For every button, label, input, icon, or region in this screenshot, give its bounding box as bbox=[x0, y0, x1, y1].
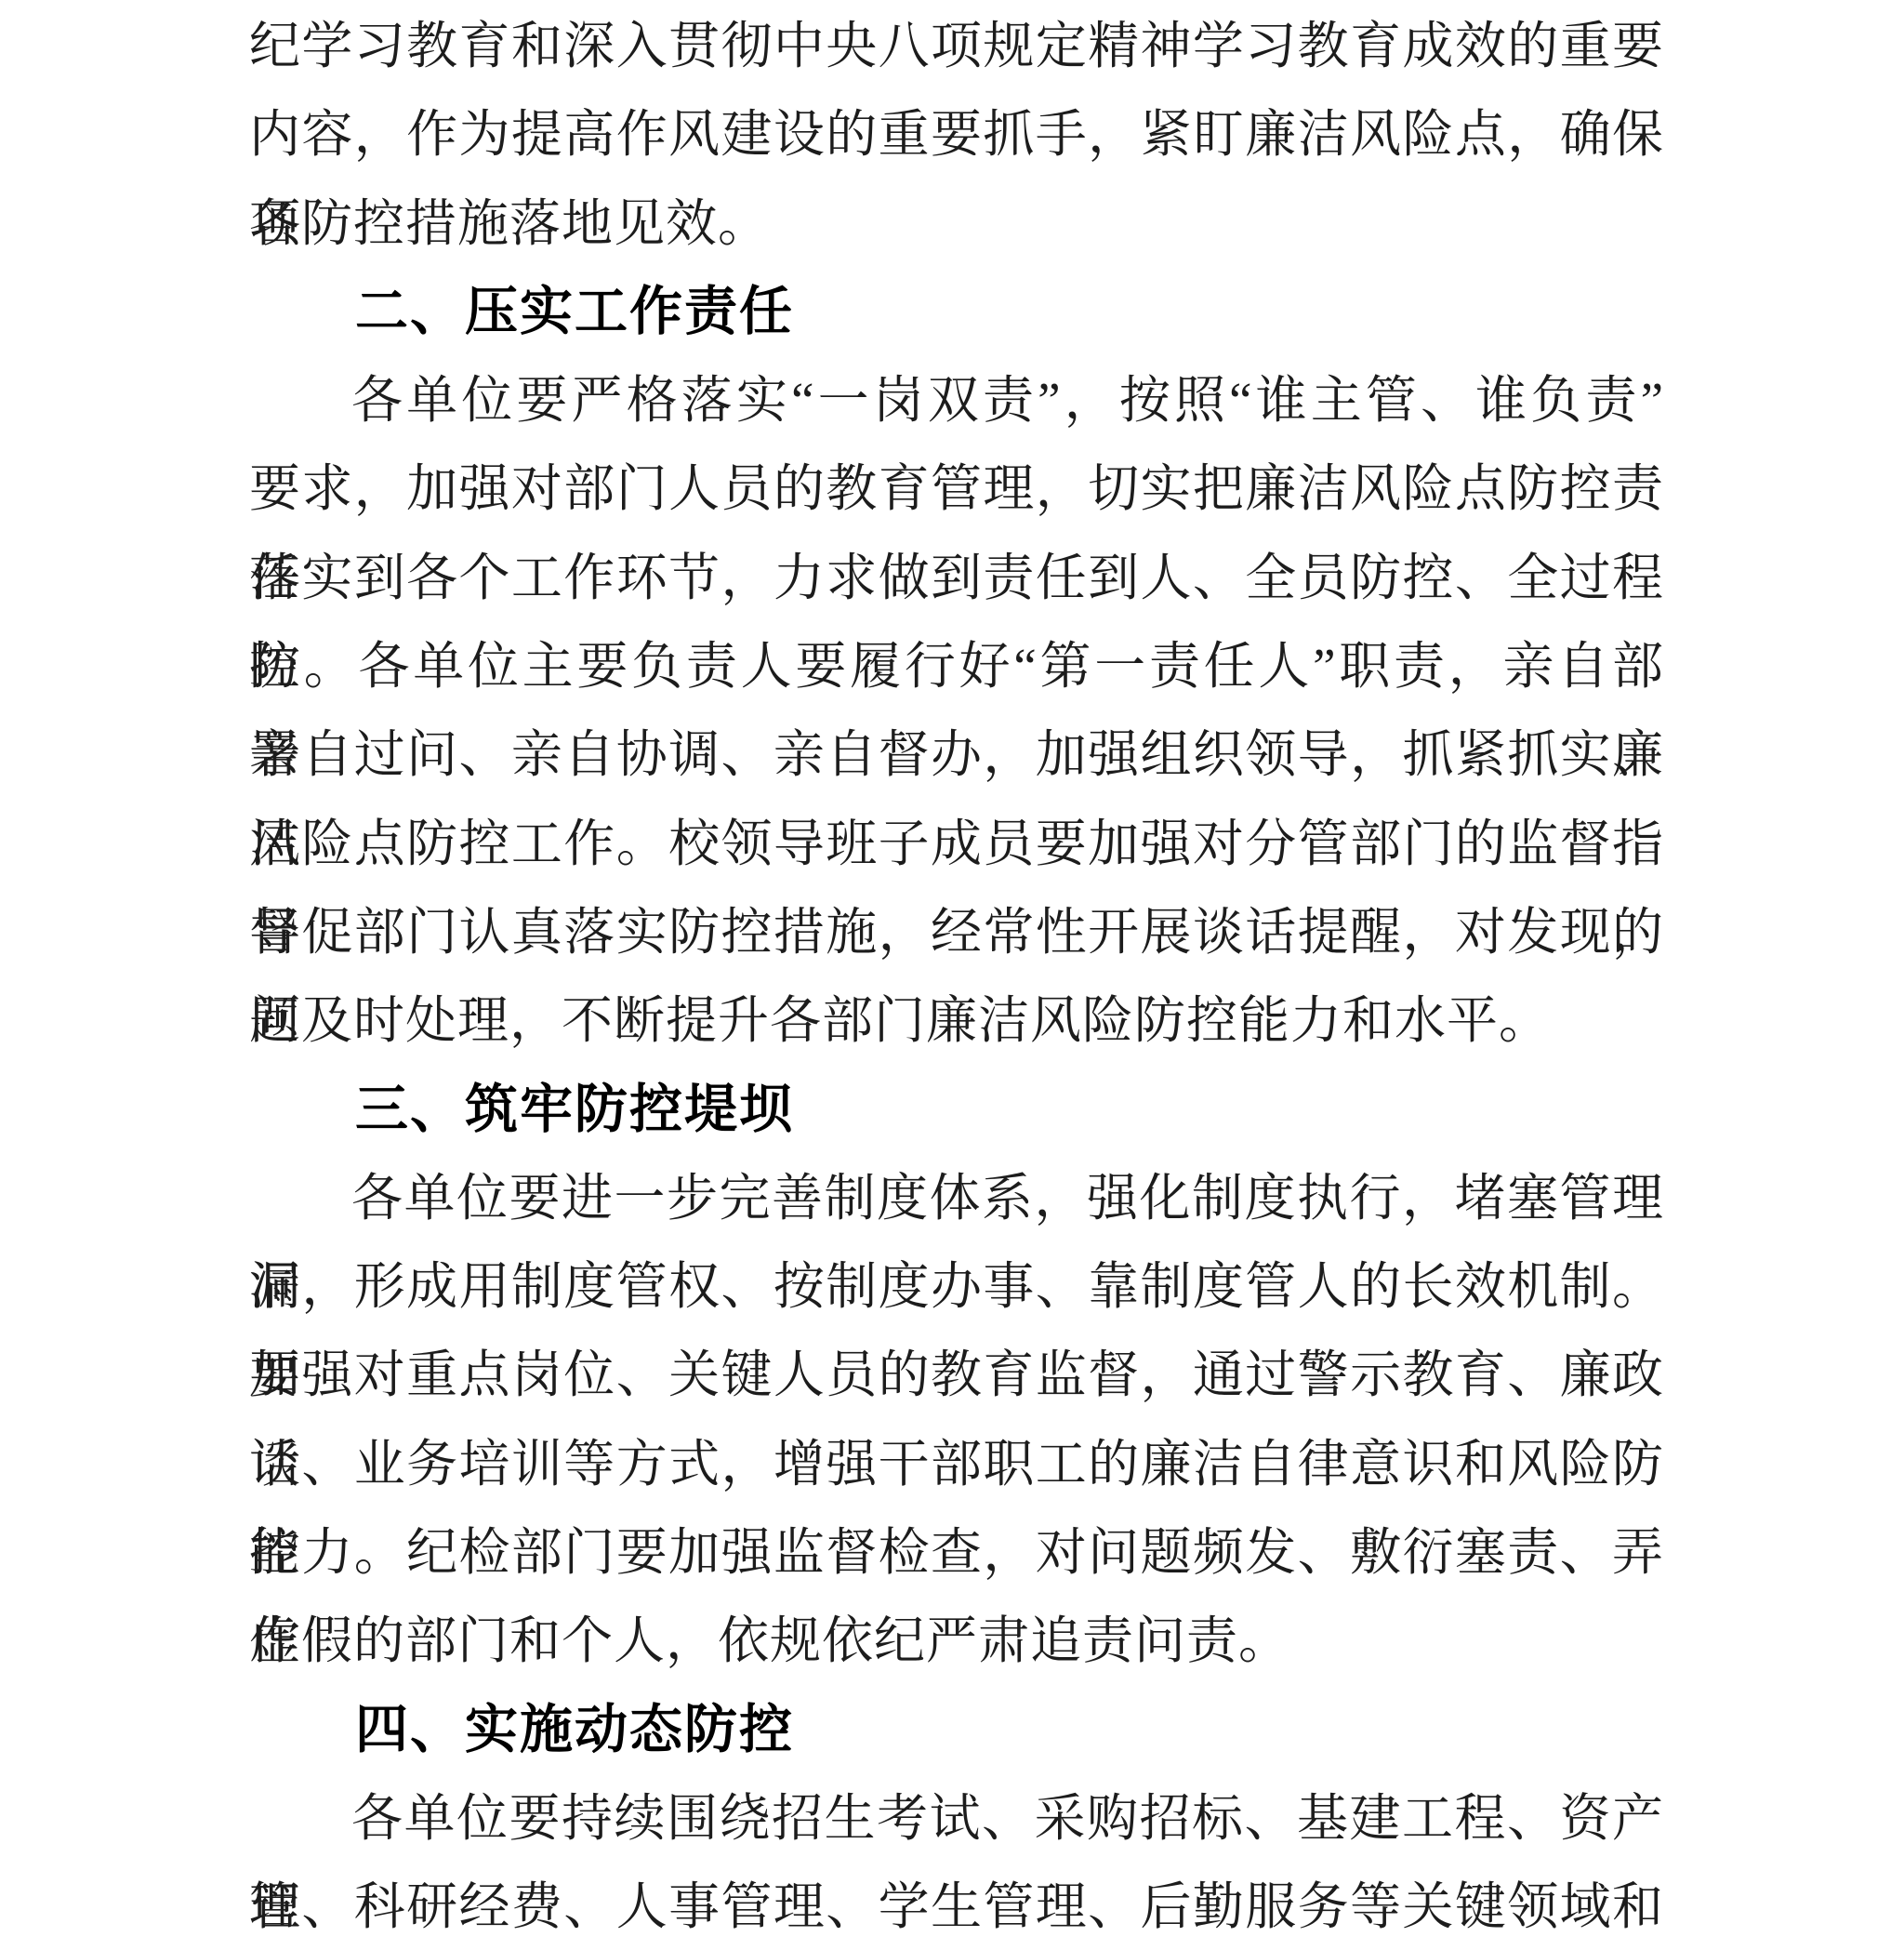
paragraph-line: 要求，加强对部门人员的教育管理，切实把廉洁风险点防控责任 bbox=[249, 444, 1664, 533]
paragraph-line: 话、业务培训等方式，增强干部职工的廉洁自律意识和风险防控 bbox=[249, 1420, 1664, 1508]
section-heading-2: 二、压实工作责任 bbox=[249, 268, 1664, 356]
paragraph-line: 题及时处理，不断提升各部门廉洁风险防控能力和水平。 bbox=[249, 976, 1664, 1065]
paragraph-line: 纪学习教育和深入贯彻中央八项规定精神学习教育成效的重要 bbox=[249, 2, 1664, 90]
section-heading-3: 三、筑牢防控堤坝 bbox=[249, 1066, 1664, 1154]
document-page: 纪学习教育和深入贯彻中央八项规定精神学习教育成效的重要 内容，作为提高作风建设的… bbox=[0, 0, 1904, 1950]
paragraph-line: 洞，形成用制度管权、按制度办事、靠制度管人的长效机制。要 bbox=[249, 1242, 1664, 1331]
paragraph-line: 各单位要严格落实“一岗双责”，按照“谁主管、谁负责” bbox=[249, 356, 1664, 444]
paragraph-line: 各单位要进一步完善制度体系，强化制度执行，堵塞管理漏 bbox=[249, 1154, 1664, 1242]
paragraph-line: 能力。纪检部门要加强监督检查，对问题频发、敷衍塞责、弄虚 bbox=[249, 1508, 1664, 1597]
paragraph-line: 加强对重点岗位、关键人员的教育监督，通过警示教育、廉政谈 bbox=[249, 1331, 1664, 1419]
paragraph-line: 亲自过问、亲自协调、亲自督办，加强组织领导，抓紧抓实廉洁 bbox=[249, 710, 1664, 799]
paragraph-line: 控。各单位主要负责人要履行好“第一责任人”职责，亲自部署、 bbox=[249, 622, 1664, 710]
section-heading-4: 四、实施动态防控 bbox=[249, 1686, 1664, 1774]
paragraph-line: 落实到各个工作环节，力求做到责任到人、全员防控、全过程防 bbox=[249, 534, 1664, 622]
paragraph-line: 风险点防控工作。校领导班子成员要加强对分管部门的监督指导， bbox=[249, 800, 1664, 888]
paragraph-line: 各单位要持续围绕招生考试、采购招标、基建工程、资产管 bbox=[249, 1774, 1664, 1863]
paragraph-line: 理、科研经费、人事管理、学生管理、后勤服务等关键领域和重 bbox=[249, 1863, 1664, 1950]
paragraph-line: 督促部门认真落实防控措施，经常性开展谈话提醒，对发现的问 bbox=[249, 888, 1664, 976]
paragraph-line: 内容，作为提高作风建设的重要抓手，紧盯廉洁风险点，确保各 bbox=[249, 90, 1664, 179]
paragraph-line: 项防控措施落地见效。 bbox=[249, 179, 1664, 268]
paragraph-line: 作假的部门和个人，依规依纪严肃追责问责。 bbox=[249, 1597, 1664, 1685]
